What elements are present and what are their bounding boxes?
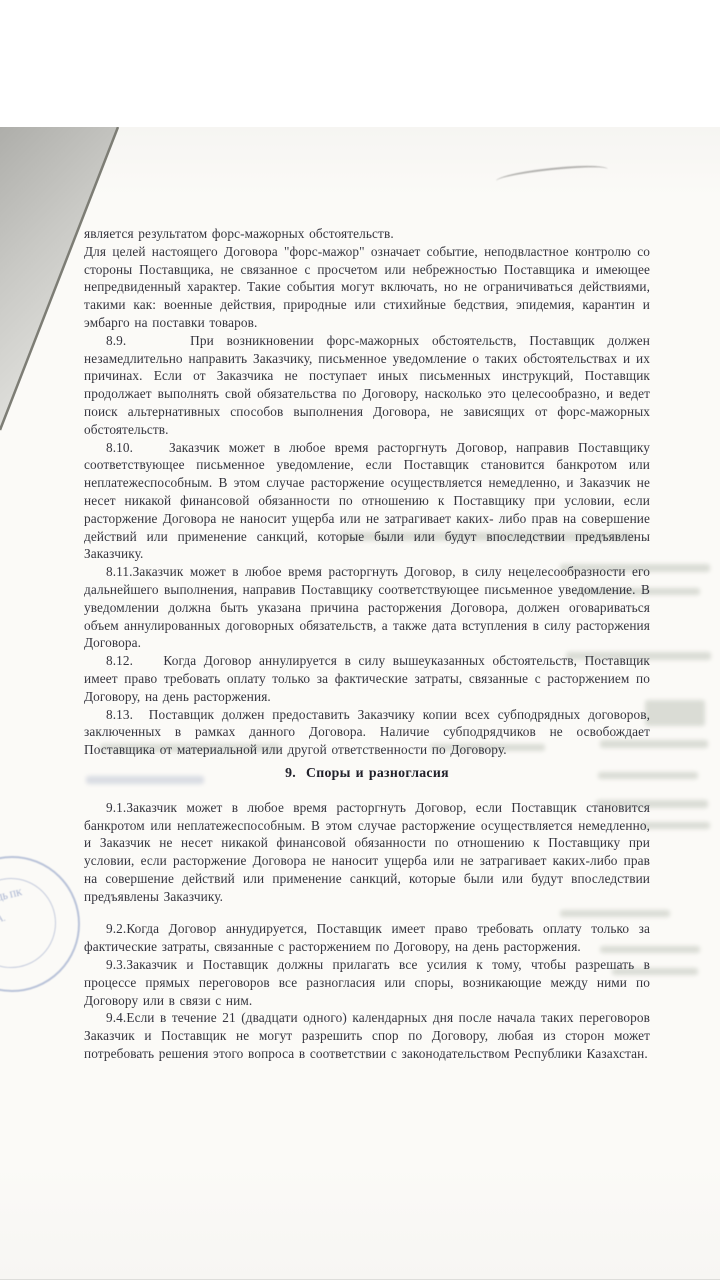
clause-9-1: 9.1.Заказчик может в любое время расторг… <box>84 799 650 906</box>
contract-text-column: является результатом форс-мажорных обсто… <box>84 225 650 1063</box>
clause-8-9: 8.9. При возникновении форс-мажорных обс… <box>84 332 650 439</box>
clause-9-3: 9.3.Заказчик и Поставщик должны прилагат… <box>84 956 650 1009</box>
paragraph-force-majeure-result: является результатом форс-мажорных обсто… <box>84 225 650 243</box>
clause-9-4: 9.4.Если в течение 21 (двадцати одного) … <box>84 1009 650 1062</box>
paragraph-force-majeure-definition: Для целей настоящего Договора "форс-мажо… <box>84 243 650 332</box>
clause-9-2: 9.2.Когда Договор аннудируется, Поставщи… <box>84 920 650 956</box>
scanned-contract-page: КИЗДЬ ПК А.А. является результатом форс-… <box>0 0 720 1280</box>
clause-8-10: 8.10. Заказчик может в любое время расто… <box>84 439 650 564</box>
section-9-heading: 9. Споры и разногласия <box>84 764 650 782</box>
clause-8-11: 8.11.Заказчик может в любое время растор… <box>84 563 650 652</box>
clause-8-12: 8.12. Когда Договор аннулируется в силу … <box>84 652 650 705</box>
clause-8-13: 8.13. Поставщик должен предоставить Зака… <box>84 706 650 759</box>
